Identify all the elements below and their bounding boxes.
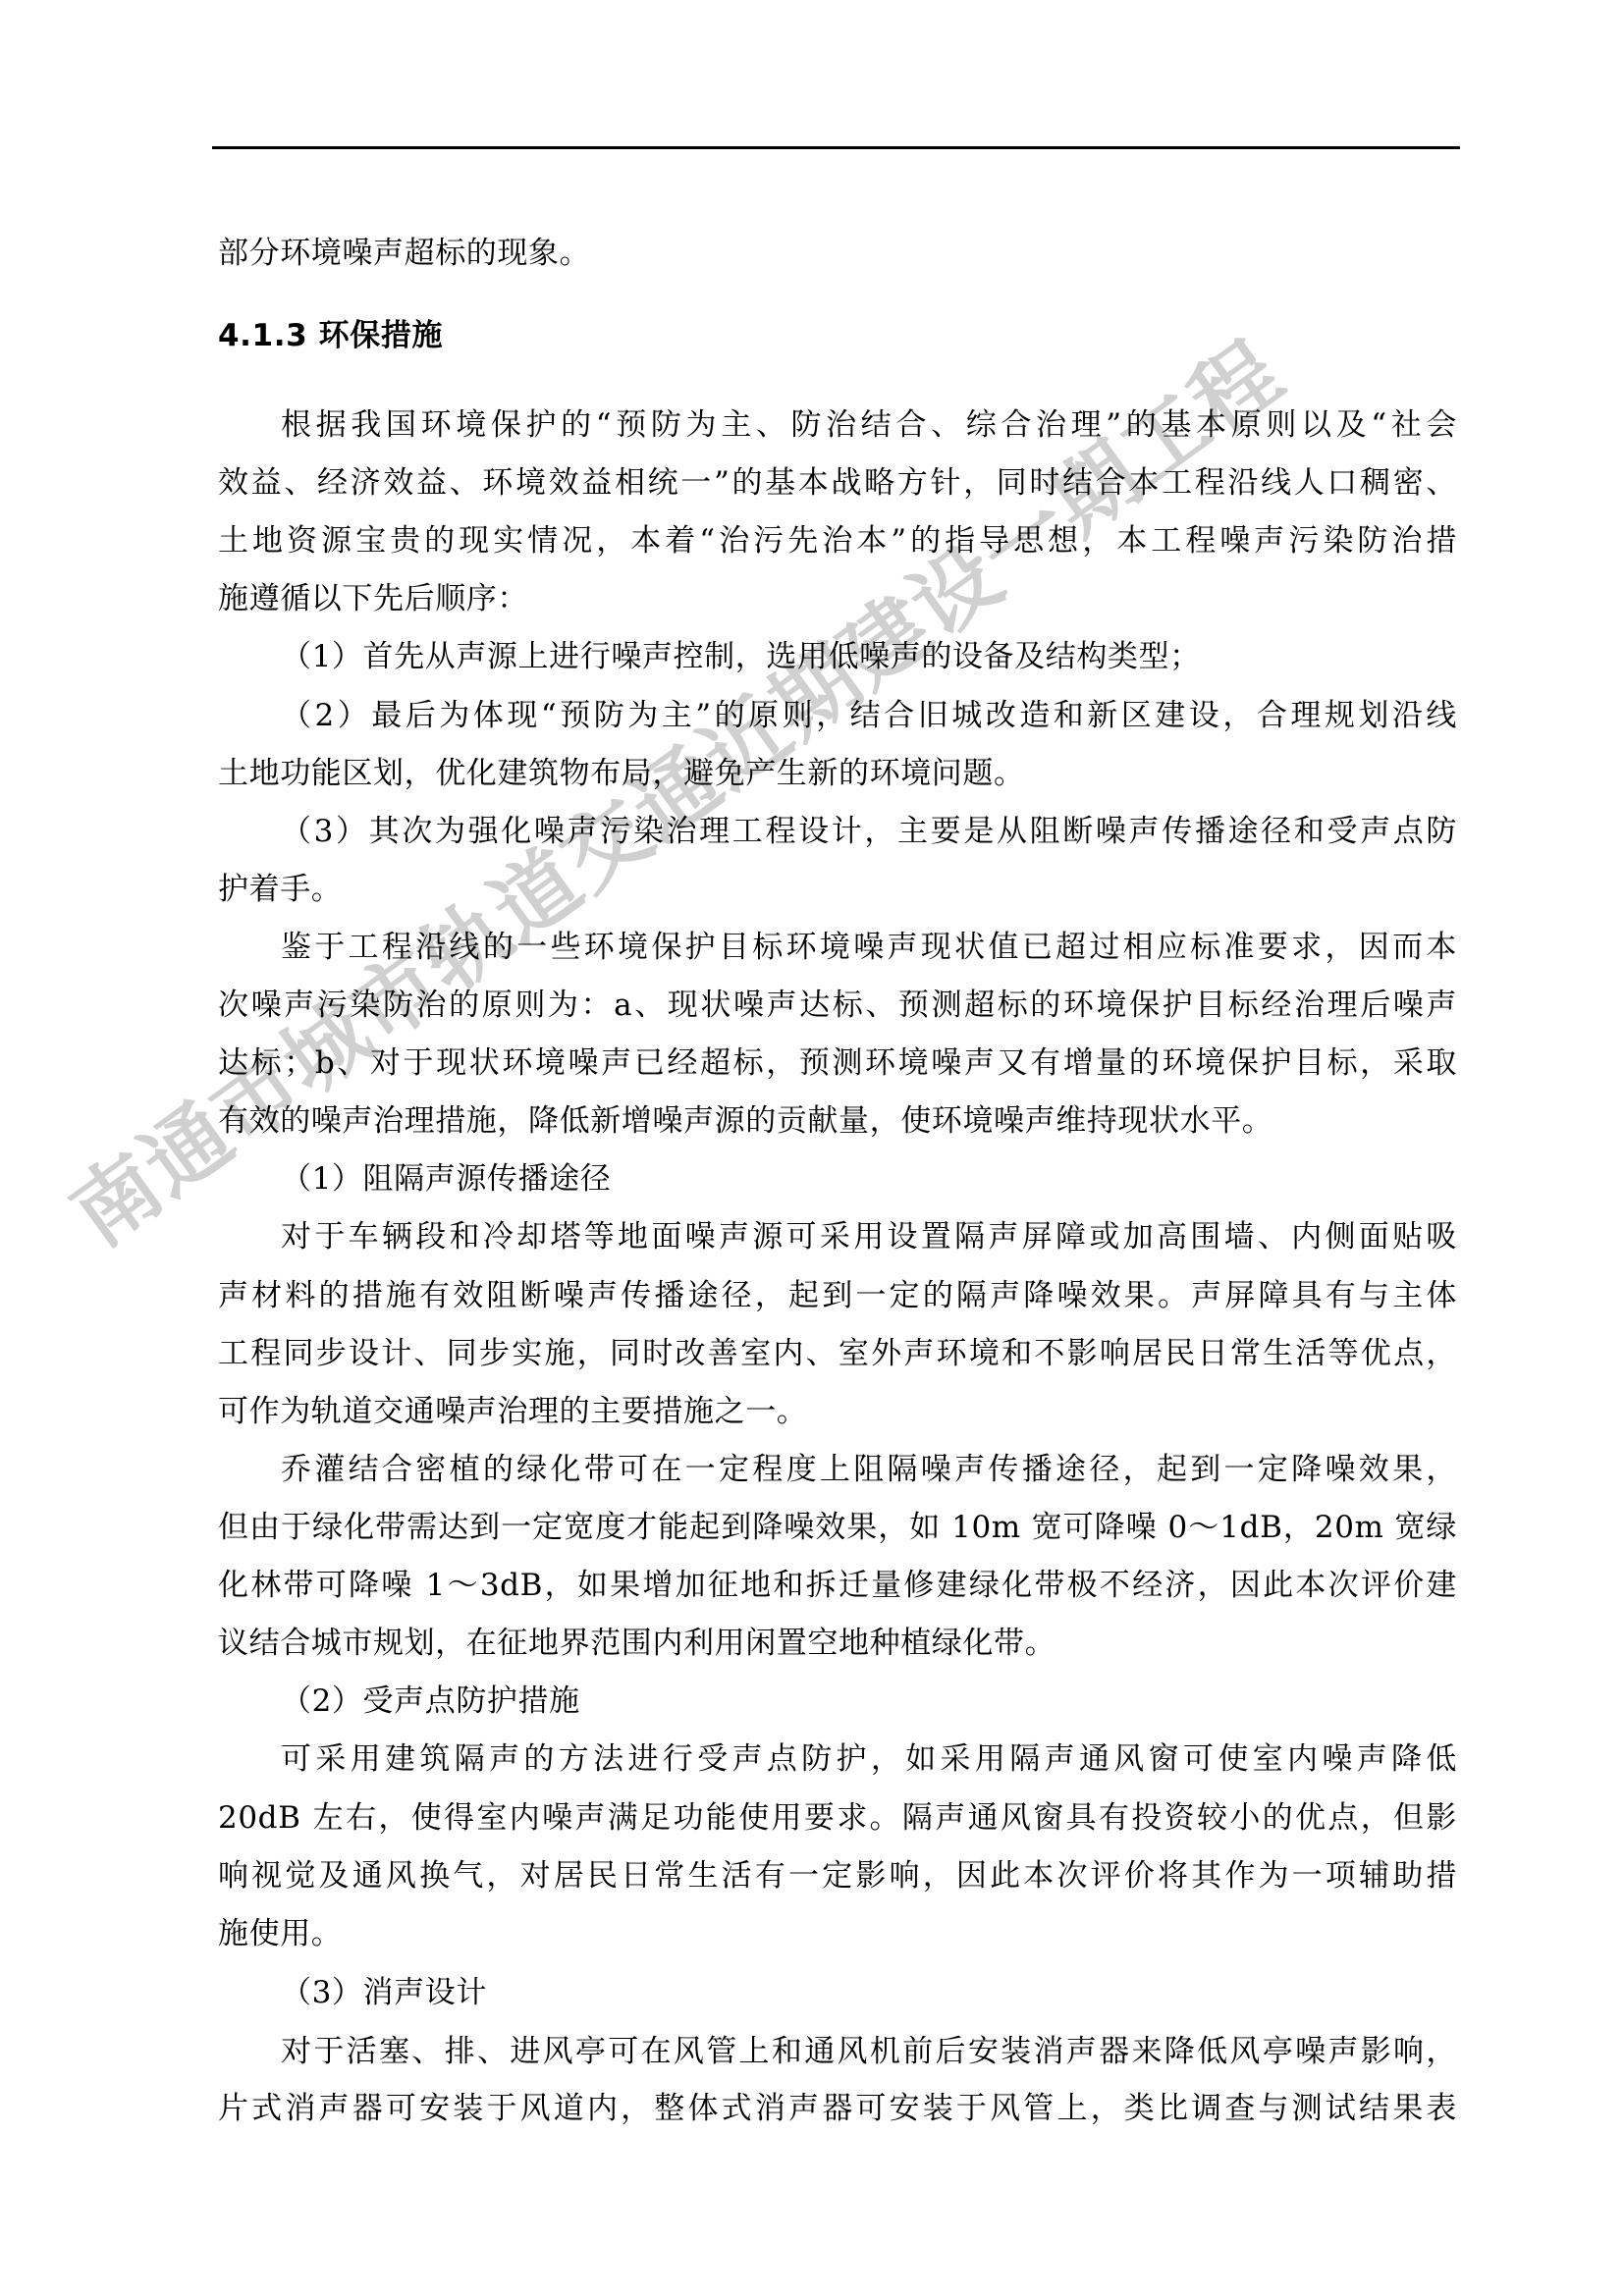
paragraph-line: 土地资源宝贵的现实情况，本着“治污先治本”的指导思想，本工程噪声污染防治措 [218,521,1457,561]
paragraph-line: 响视觉及通风换气，对居民日常生活有一定影响，因此本次评价将其作为一项辅助措 [218,1856,1457,1896]
paragraph-line: 片式消声器可安装于风道内，整体式消声器可安装于风管上，类比调查与测试结果表 [218,2089,1457,2128]
paragraph-line: 有效的噪声治理措施，降低新增噪声源的贡献量，使环境噪声维持现状水平。 [218,1101,1457,1141]
paragraph-line: 根据我国环境保护的“预防为主、防治结合、综合治理”的基本原则以及“社会 [218,405,1457,445]
paragraph-line: 施遵循以下先后顺序： [218,579,1457,618]
paragraph-line: 但由于绿化带需达到一定宽度才能起到降噪效果，如 10m 宽可降噪 0～1dB，2… [218,1508,1457,1547]
paragraph-line: 可采用建筑隔声的方法进行受声点防护，如采用隔声通风窗可使室内噪声降低 [218,1739,1457,1779]
header-rule [212,146,1460,149]
subheading: （3）消声设计 [218,1973,1457,2012]
paragraph-line: 声材料的措施有效阻断噪声传播途径，起到一定的隔声降噪效果。声屏障具有与主体 [218,1276,1457,1315]
paragraph-line: 对于活塞、排、进风亭可在风管上和通风机前后安装消声器来降低风亭噪声影响， [218,2032,1457,2071]
document-page: 部分环境噪声超标的现象。 4.1.3 环保措施 根据我国环境保护的“预防为主、防… [0,0,1624,2296]
paragraph-line: 土地功能区划，优化建筑物布局，避免产生新的环境问题。 [218,754,1457,793]
paragraph-line: 效益、经济效益、环境效益相统一”的基本战略方针，同时结合本工程沿线人口稠密、 [218,463,1457,503]
paragraph-line: 鉴于工程沿线的一些环境保护目标环境噪声现状值已超过相应标准要求，因而本 [218,928,1457,967]
paragraph-line: 护着手。 [218,870,1457,909]
paragraph-line: 施使用。 [218,1914,1457,1953]
paragraph-line: 议结合城市规划，在征地界范围内利用闲置空地种植绿化带。 [218,1624,1457,1663]
paragraph-line: 乔灌结合密植的绿化带可在一定程度上阻隔噪声传播途径，起到一定降噪效果， [218,1450,1457,1489]
paragraph-line: 达标；b、对于现状环境噪声已经超标，预测环境噪声又有增量的环境保护目标，采取 [218,1043,1457,1083]
paragraph-line: 可作为轨道交通噪声治理的主要措施之一。 [218,1392,1457,1431]
continuation-text: 部分环境噪声超标的现象。 [218,234,1457,273]
paragraph-line: 对于车辆段和冷却塔等地面噪声源可采用设置隔声屏障或加高围墙、内侧面贴吸 [218,1217,1457,1256]
paragraph-line: 次噪声污染防治的原则为：a、现状噪声达标、预测超标的环境保护目标经治理后噪声 [218,986,1457,1025]
paragraph-line: 20dB 左右，使得室内噪声满足功能使用要求。隔声通风窗具有投资较小的优点，但影 [218,1798,1457,1838]
paragraph-line: 工程同步设计、同步实施，同时改善室内、室外声环境和不影响居民日常生活等优点， [218,1334,1457,1373]
list-item: （1）首先从声源上进行噪声控制，选用低噪声的设备及结构类型； [218,637,1457,676]
paragraph-line: 化林带可降噪 1～3dB，如果增加征地和拆迁量修建绿化带极不经济，因此本次评价建 [218,1566,1457,1605]
subheading: （2）受声点防护措施 [218,1682,1457,1721]
subheading: （1）阻隔声源传播途径 [218,1159,1457,1199]
list-item: （3）其次为强化噪声污染治理工程设计，主要是从阻断噪声传播途径和受声点防 [218,812,1457,851]
section-heading: 4.1.3 环保措施 [218,316,1457,355]
list-item: （2）最后为体现“预防为主”的原则，结合旧城改造和新区建设，合理规划沿线 [218,696,1457,735]
